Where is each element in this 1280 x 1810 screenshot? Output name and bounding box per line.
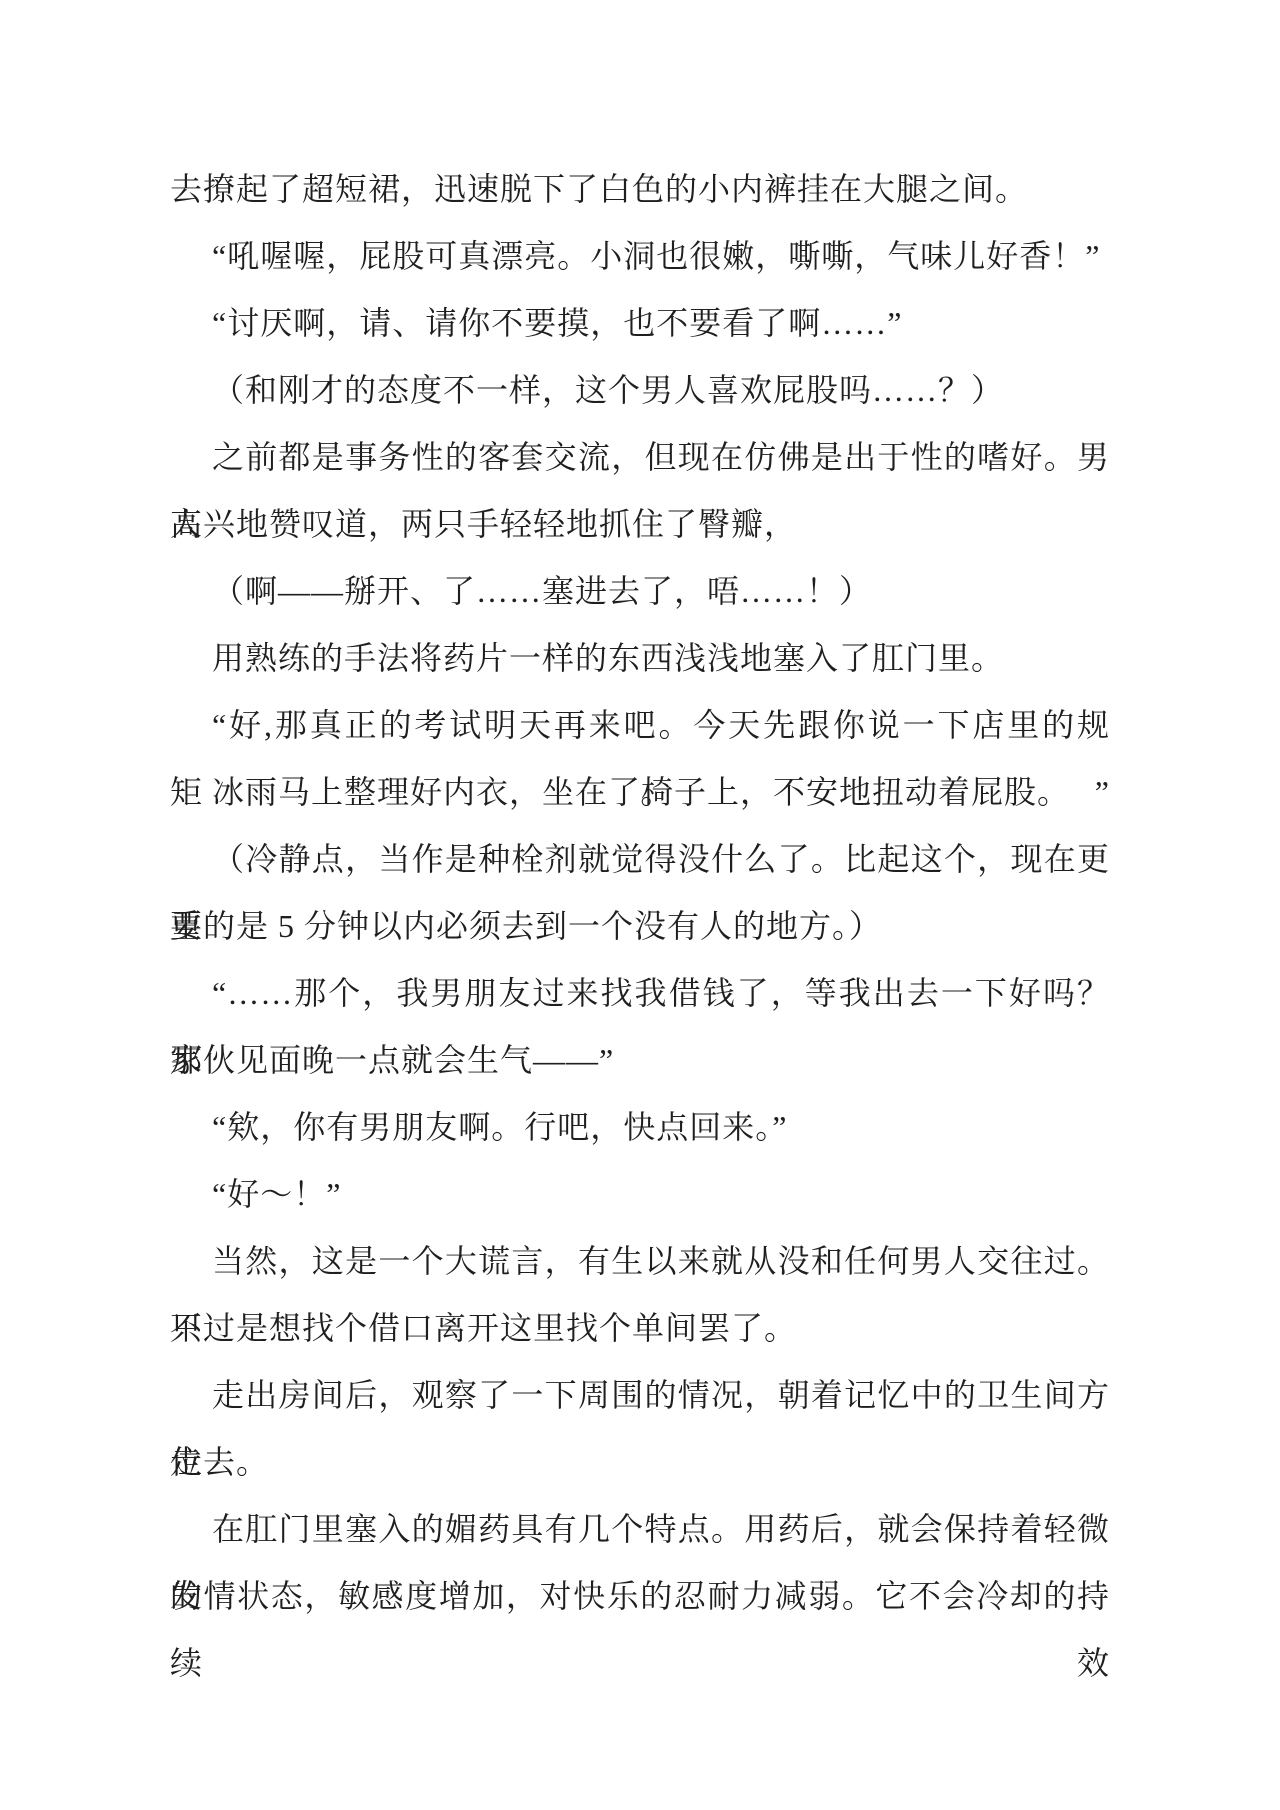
text-line: “吼喔喔，屁股可真漂亮。小洞也很嫩，嘶嘶，气味儿好香！”: [170, 223, 1110, 290]
text-line: 走出房间后，观察了一下周围的情况，朝着记忆中的卫生间方位: [170, 1362, 1110, 1429]
text-line: 走去。: [170, 1429, 1110, 1496]
text-line: 要的是 5 分钟以内必须去到一个没有人的地方。）: [170, 893, 1110, 960]
document-page: 去撩起了超短裙，迅速脱下了白色的小内裤挂在大腿之间。“吼喔喔，屁股可真漂亮。小洞…: [0, 0, 1280, 1810]
text-line: 家伙见面晚一点就会生气——”: [170, 1027, 1110, 1094]
text-line: 用熟练的手法将药片一样的东西浅浅地塞入了肛门里。: [170, 625, 1110, 692]
text-line: 去撩起了超短裙，迅速脱下了白色的小内裤挂在大腿之间。: [170, 156, 1110, 223]
text-line: “欸，你有男朋友啊。行吧，快点回来。”: [170, 1094, 1110, 1161]
text-line: 不过是想找个借口离开这里找个单间罢了。: [170, 1295, 1110, 1362]
text-line: 高兴地赞叹道，两只手轻轻地抓住了臀瓣，: [170, 491, 1110, 558]
text-line: （啊——掰开、了……塞进去了，唔……！）: [170, 558, 1110, 625]
text-line: 冰雨马上整理好内衣，坐在了椅子上，不安地扭动着屁股。: [170, 759, 1110, 826]
text-line: 当然，这是一个大谎言，有生以来就从没和任何男人交往过。只: [170, 1228, 1110, 1295]
text-line: “好～！”: [170, 1161, 1110, 1228]
text-line: 在肛门里塞入的媚药具有几个特点。用药后，就会保持着轻微的: [170, 1496, 1110, 1563]
text-line: 发情状态，敏感度增加，对快乐的忍耐力减弱。它不会冷却的持续效: [170, 1563, 1110, 1630]
text-line: （冷静点，当作是种栓剂就觉得没什么了。比起这个，现在更重: [170, 826, 1110, 893]
text-line: “好,那真正的考试明天再来吧。今天先跟你说一下店里的规矩。”: [170, 692, 1110, 759]
text-line: “……那个，我男朋友过来找我借钱了，等我出去一下好吗？那: [170, 960, 1110, 1027]
text-line: （和刚才的态度不一样，这个男人喜欢屁股吗……？）: [170, 357, 1110, 424]
text-line: 之前都是事务性的客套交流，但现在仿佛是出于性的嗜好。男人: [170, 424, 1110, 491]
text-line: “讨厌啊，请、请你不要摸，也不要看了啊……”: [170, 290, 1110, 357]
text-block: 去撩起了超短裙，迅速脱下了白色的小内裤挂在大腿之间。“吼喔喔，屁股可真漂亮。小洞…: [170, 156, 1110, 1630]
